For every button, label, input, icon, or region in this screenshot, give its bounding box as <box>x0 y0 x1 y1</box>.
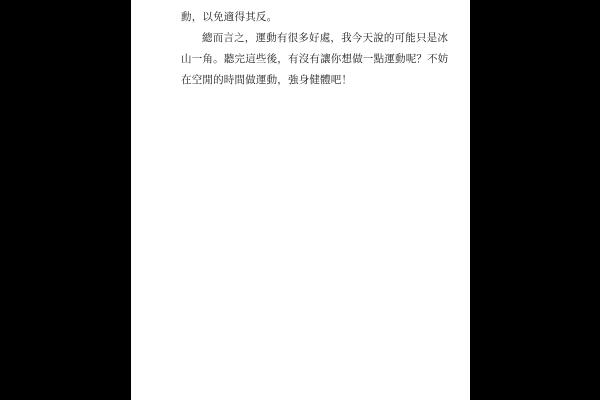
paragraph-line-1: 勳，以免適得其反。 <box>181 7 421 28</box>
paragraph-line-3: 山一角。聽完這些後，有沒有讓你想做一點運動呢？不妨 <box>181 49 421 70</box>
paragraph-line-4: 在空閒的時間做運動，強身健體吧！ <box>181 70 421 91</box>
document-body: 勳，以免適得其反。 總而言之，運動有很多好處，我今天說的可能只是冰 山一角。聽完… <box>181 7 421 91</box>
document-page: 勳，以免適得其反。 總而言之，運動有很多好處，我今天說的可能只是冰 山一角。聽完… <box>131 0 470 400</box>
paragraph-line-2: 總而言之，運動有很多好處，我今天說的可能只是冰 <box>181 28 421 49</box>
